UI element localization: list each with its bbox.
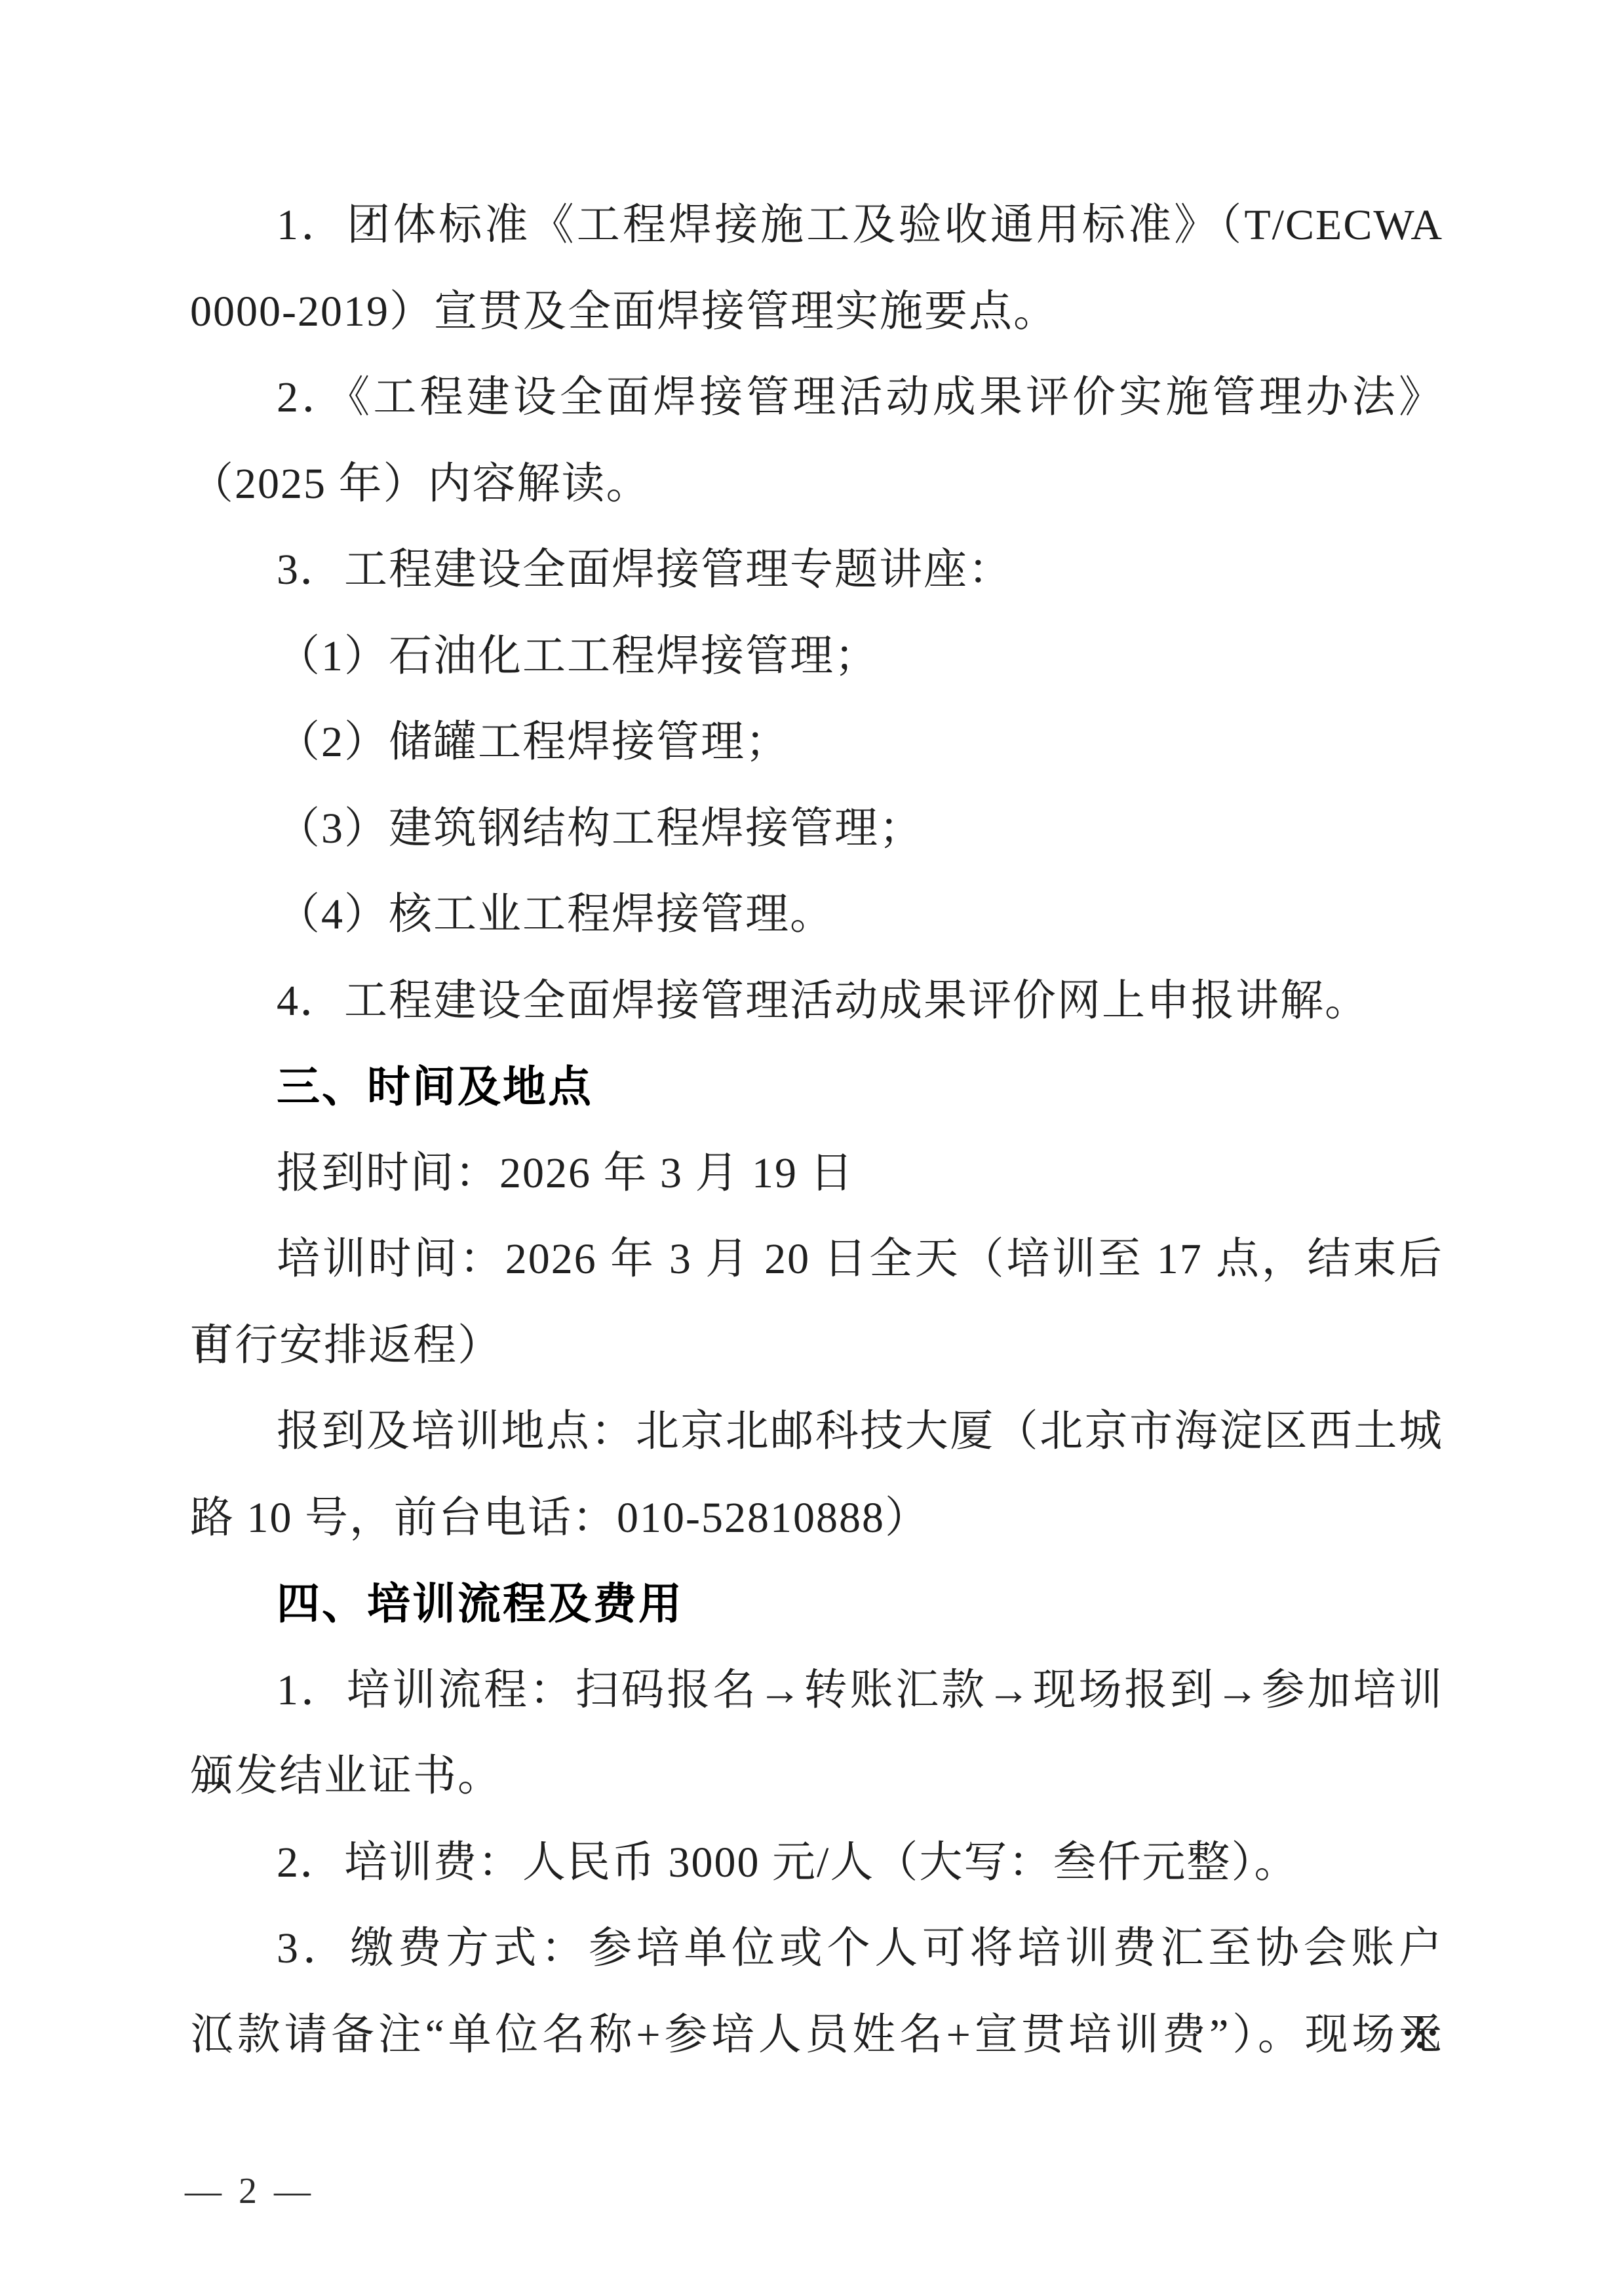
doc-line: 1．培训流程：扫码报名→转账汇款→现场报到→参加培训→ (190, 1647, 1443, 1734)
doc-line: 路 10 号，前台电话：010-52810888） (190, 1475, 1443, 1561)
doc-line: 颁发结业证书。 (190, 1733, 1443, 1820)
doc-line: 0000-2019）宣贯及全面焊接管理实施要点。 (190, 269, 1443, 355)
doc-line: （2）储罐工程焊接管理； (190, 699, 1443, 786)
doc-line: 2．《工程建设全面焊接管理活动成果评价实施管理办法》 (190, 354, 1443, 441)
doc-line: 4．工程建设全面焊接管理活动成果评价网上申报讲解。 (190, 958, 1443, 1044)
doc-line: （2025 年）内容解读。 (190, 441, 1443, 527)
doc-line: 1．团体标准《工程焊接施工及验收通用标准》（T/CECWA (190, 182, 1443, 269)
doc-line: 3．工程建设全面焊接管理专题讲座： (190, 527, 1443, 613)
doc-line: 汇款请备注“单位名称+参培人员姓名+宣贯培训费”）。现场无 (190, 1992, 1443, 2078)
doc-line: 2．培训费：人民币 3000 元/人（大写：叁仟元整）。 (190, 1820, 1443, 1906)
heading-section-4-process-fees: 四、培训流程及费用 (190, 1561, 1443, 1647)
doc-line: 培训时间：2026 年 3 月 20 日全天（培训至 17 点，结束后可 (190, 1216, 1443, 1303)
page-number: — 2 — (185, 2170, 315, 2212)
doc-line: 自行安排返程） (190, 1303, 1443, 1389)
document-page: 1．团体标准《工程焊接施工及验收通用标准》（T/CECWA 0000-2019）… (0, 0, 1615, 2296)
heading-section-3-time-location: 三、时间及地点 (190, 1044, 1443, 1130)
doc-line: （4）核工业工程焊接管理。 (190, 871, 1443, 958)
doc-line: 报到时间：2026 年 3 月 19 日 (190, 1130, 1443, 1217)
doc-line: （3）建筑钢结构工程焊接管理； (190, 786, 1443, 872)
doc-line: 报到及培训地点：北京北邮科技大厦（北京市海淀区西土城 (190, 1388, 1443, 1475)
document-body: 1．团体标准《工程焊接施工及验收通用标准》（T/CECWA 0000-2019）… (190, 182, 1443, 2078)
doc-line: （1）石油化工工程焊接管理； (190, 613, 1443, 700)
doc-line: 3．缴费方式：参培单位或个人可将培训费汇至协会账户（※ (190, 1905, 1443, 1992)
